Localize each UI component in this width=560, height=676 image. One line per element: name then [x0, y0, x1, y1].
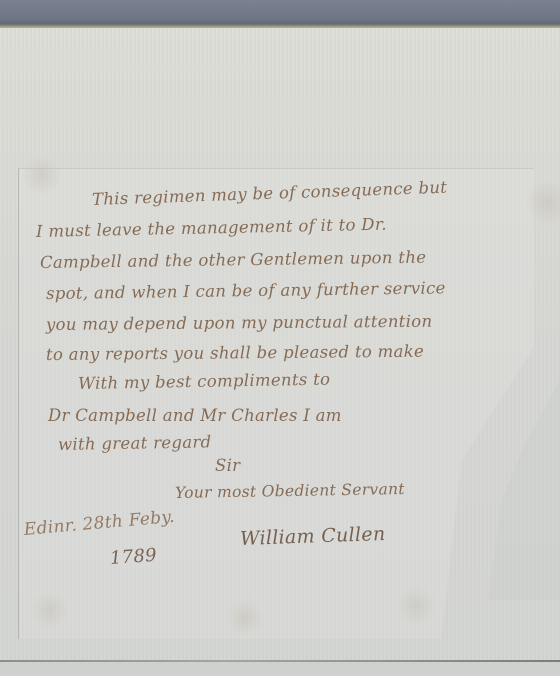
- closing-line: Dr Campbell and Mr Charles I am: [48, 406, 342, 425]
- closing-line: with great regard: [58, 432, 212, 454]
- paper-bottom-edge: [0, 662, 560, 676]
- foxing-spot: [395, 585, 437, 627]
- salutation: Sir: [215, 456, 240, 475]
- foxing-spot: [225, 598, 265, 638]
- foxing-spot: [30, 590, 70, 630]
- date-year: 1789: [109, 545, 157, 569]
- scan-background-band: [0, 0, 560, 27]
- foxing-spot: [22, 155, 62, 195]
- letter-body-line: to any reports you shall be pleased to m…: [46, 342, 424, 364]
- letter-body-line: you may depend upon my punctual attentio…: [46, 312, 433, 334]
